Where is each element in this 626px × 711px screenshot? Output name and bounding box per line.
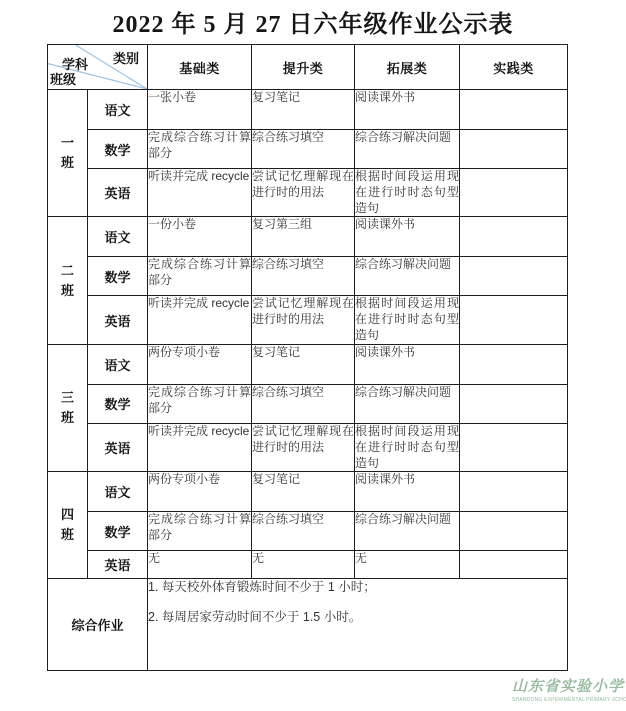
- homework-cell: 综合练习解决问题: [355, 384, 460, 423]
- page-title: 2022 年 5 月 27 日六年级作业公示表: [0, 4, 626, 39]
- table-row: 英语 无 无 无: [48, 551, 568, 579]
- diagonal-corner-cell: 学科 类别 班级: [48, 45, 148, 90]
- homework-cell: 阅读课外书: [355, 90, 460, 130]
- homework-cell: 阅读课外书: [355, 217, 460, 257]
- homework-cell: [460, 169, 568, 217]
- subject-cell: 语文: [88, 344, 148, 384]
- table-row: 一班 语文 一张小卷 复习笔记 阅读课外书: [48, 90, 568, 130]
- homework-table: 学科 类别 班级 基础类 提升类 拓展类 实践类 一班 语文 一张小卷 复习笔记…: [47, 44, 568, 671]
- class-2-label-cell: 二班: [48, 217, 88, 344]
- homework-cell: 尝试记忆理解现在进行时的用法: [252, 296, 355, 344]
- column-header-practice: 实践类: [460, 45, 568, 90]
- homework-cell: 尝试记忆理解现在进行时的用法: [252, 169, 355, 217]
- table-row: 英语 听读并完成 recycle 尝试记忆理解现在进行时的用法 根据时间段运用现…: [48, 296, 568, 344]
- subject-cell: 英语: [88, 169, 148, 217]
- corner-label-class: 班级: [50, 69, 76, 88]
- subject-cell: 英语: [88, 296, 148, 344]
- homework-cell: [460, 384, 568, 423]
- homework-cell: [460, 217, 568, 257]
- homework-cell: 完成综合练习计算部分: [148, 130, 252, 169]
- homework-cell: 复习笔记: [252, 90, 355, 130]
- column-header-basic: 基础类: [148, 45, 252, 90]
- homework-cell: 综合练习解决问题: [355, 130, 460, 169]
- class-name: 二班: [60, 261, 74, 301]
- homework-cell: 听读并完成 recycle: [148, 169, 252, 217]
- homework-cell: [460, 423, 568, 471]
- homework-cell: [460, 257, 568, 296]
- homework-cell: 一张小卷: [148, 90, 252, 130]
- summary-line-1: 1. 每天校外体育锻炼时间不少于 1 小时；: [148, 579, 567, 595]
- homework-cell: 两份专项小卷: [148, 472, 252, 512]
- school-name-cn: 山东省实验小学: [512, 675, 622, 696]
- class-name: 四班: [60, 505, 74, 545]
- homework-cell: 综合练习填空: [252, 512, 355, 551]
- document-page: 2022 年 5 月 27 日六年级作业公示表 学科 类别 班级 基础类 提升类…: [0, 0, 626, 711]
- homework-cell: [460, 512, 568, 551]
- homework-cell: [460, 344, 568, 384]
- homework-cell: 一份小卷: [148, 217, 252, 257]
- table-row: 数学 完成综合练习计算部分 综合练习填空 综合练习解决问题: [48, 130, 568, 169]
- summary-label-cell: 综合作业: [48, 579, 148, 671]
- summary-content-cell: 1. 每天校外体育锻炼时间不少于 1 小时； 2. 每周居家劳动时间不少于 1.…: [148, 579, 568, 671]
- class-3-label-cell: 三班: [48, 344, 88, 471]
- homework-cell: 综合练习填空: [252, 257, 355, 296]
- homework-cell: 尝试记忆理解现在进行时的用法: [252, 423, 355, 471]
- homework-cell: 听读并完成 recycle: [148, 423, 252, 471]
- homework-cell: 复习笔记: [252, 344, 355, 384]
- homework-cell: 综合练习解决问题: [355, 257, 460, 296]
- homework-cell: 根据时间段运用现在进行时时态句型造句: [355, 423, 460, 471]
- homework-cell: 阅读课外书: [355, 344, 460, 384]
- homework-cell: [460, 472, 568, 512]
- subject-cell: 数学: [88, 384, 148, 423]
- table-row: 英语 听读并完成 recycle 尝试记忆理解现在进行时的用法 根据时间段运用现…: [48, 423, 568, 471]
- table-row: 数学 完成综合练习计算部分 综合练习填空 综合练习解决问题: [48, 257, 568, 296]
- homework-cell: 复习笔记: [252, 472, 355, 512]
- column-header-improve: 提升类: [252, 45, 355, 90]
- corner-label-category: 类别: [113, 48, 139, 67]
- homework-cell: 完成综合练习计算部分: [148, 257, 252, 296]
- subject-cell: 英语: [88, 551, 148, 579]
- homework-cell: [460, 551, 568, 579]
- class-name: 一班: [60, 133, 74, 173]
- table-row: 数学 完成综合练习计算部分 综合练习填空 综合练习解决问题: [48, 512, 568, 551]
- table-row: 三班 语文 两份专项小卷 复习笔记 阅读课外书: [48, 344, 568, 384]
- school-name-en: SHANDONG EXPERIMENTAL PRIMARY SCHOOL: [512, 697, 622, 703]
- summary-row: 综合作业 1. 每天校外体育锻炼时间不少于 1 小时； 2. 每周居家劳动时间不…: [48, 579, 568, 671]
- subject-cell: 语文: [88, 90, 148, 130]
- table-row: 英语 听读并完成 recycle 尝试记忆理解现在进行时的用法 根据时间段运用现…: [48, 169, 568, 217]
- homework-cell: [460, 130, 568, 169]
- homework-cell: [460, 296, 568, 344]
- class-name: 三班: [60, 388, 74, 428]
- homework-cell: 根据时间段运用现在进行时时态句型造句: [355, 169, 460, 217]
- class-1-label-cell: 一班: [48, 90, 88, 217]
- table-row: 二班 语文 一份小卷 复习第三组 阅读课外书: [48, 217, 568, 257]
- subject-cell: 语文: [88, 217, 148, 257]
- homework-cell: 综合练习填空: [252, 130, 355, 169]
- homework-cell: 根据时间段运用现在进行时时态句型造句: [355, 296, 460, 344]
- class-4-label-cell: 四班: [48, 472, 88, 579]
- homework-cell: 完成综合练习计算部分: [148, 512, 252, 551]
- subject-cell: 数学: [88, 512, 148, 551]
- subject-cell: 英语: [88, 423, 148, 471]
- homework-cell: 完成综合练习计算部分: [148, 384, 252, 423]
- header-row: 学科 类别 班级 基础类 提升类 拓展类 实践类: [48, 45, 568, 90]
- subject-cell: 语文: [88, 472, 148, 512]
- homework-cell: 两份专项小卷: [148, 344, 252, 384]
- school-watermark: 山东省实验小学 SHANDONG EXPERIMENTAL PRIMARY SC…: [512, 675, 622, 703]
- homework-cell: 复习第三组: [252, 217, 355, 257]
- homework-cell: 阅读课外书: [355, 472, 460, 512]
- homework-cell: [460, 90, 568, 130]
- homework-cell: 听读并完成 recycle: [148, 296, 252, 344]
- homework-cell: 综合练习解决问题: [355, 512, 460, 551]
- table-row: 四班 语文 两份专项小卷 复习笔记 阅读课外书: [48, 472, 568, 512]
- subject-cell: 数学: [88, 257, 148, 296]
- homework-cell: 无: [252, 551, 355, 579]
- homework-cell: 综合练习填空: [252, 384, 355, 423]
- homework-cell: 无: [355, 551, 460, 579]
- table-row: 数学 完成综合练习计算部分 综合练习填空 综合练习解决问题: [48, 384, 568, 423]
- subject-cell: 数学: [88, 130, 148, 169]
- summary-line-2: 2. 每周居家劳动时间不少于 1.5 小时。: [148, 609, 567, 625]
- homework-cell: 无: [148, 551, 252, 579]
- column-header-expand: 拓展类: [355, 45, 460, 90]
